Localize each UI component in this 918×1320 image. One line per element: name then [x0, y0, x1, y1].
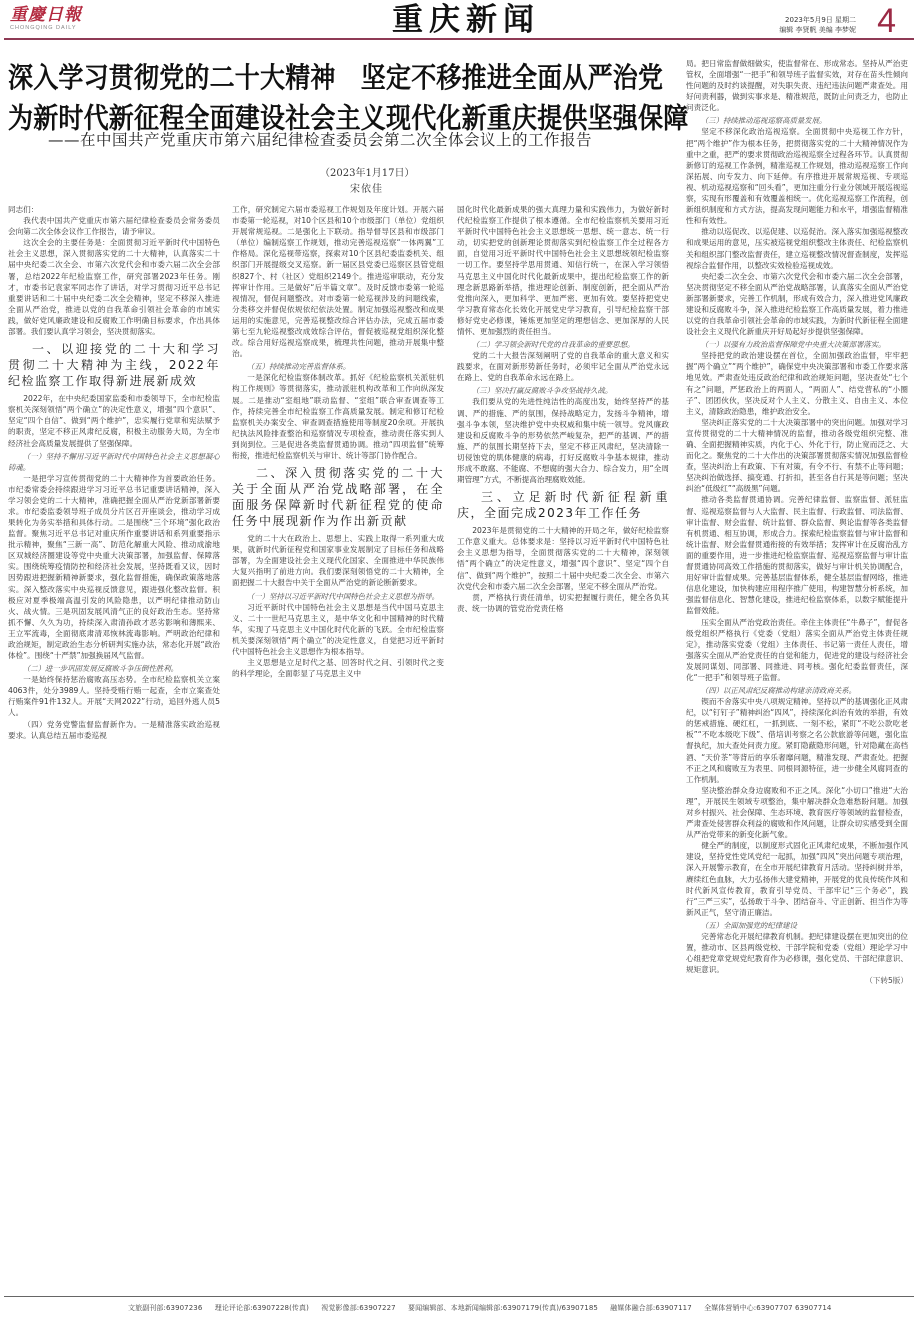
paragraph: 一是始终保持惩治腐败高压态势。全市纪检监察机关立案4063件，处分3989人。坚… [8, 674, 220, 718]
paragraph: 这次全会的主要任务是：全面贯彻习近平新时代中国特色社会主义思想，深入贯彻落实党的… [8, 237, 220, 337]
subsection-heading: （三）坚决打赢反腐败斗争攻坚战持久战。 [457, 385, 669, 396]
headline-line-1: 深入学习贯彻党的二十大精神 坚定不移推进全面从严治党 [8, 58, 696, 98]
paragraph: 压实全面从严治党政治责任。牵住主体责任“牛鼻子”，督促各级党组织严格执行《党委（… [686, 617, 908, 684]
column-1: 同志们： 我代表中国共产党重庆市第六届纪律检查委员会常务委员会向第二次全体会议作… [8, 204, 220, 1264]
column-2: 工作，研究制定六届市委巡视工作规划及年度计划。开展六届市委第一轮巡视，对10个区… [232, 204, 444, 1264]
paragraph: 一是深化纪检监察体制改革。抓好《纪检监察机关派驻机构工作规则》等贯彻落实，推动派… [232, 372, 444, 461]
logo-english: CHONGQING DAILY [10, 25, 82, 31]
masthead-rule [4, 38, 914, 40]
subsection-heading: （二）进一步巩固发展反腐败斗争压倒性胜利。 [8, 663, 220, 674]
paragraph: 坚决纠正落实党的二十大决策部署中的突出问题。加强对学习宣传贯彻党的二十大精神情况… [686, 417, 908, 495]
paragraph: 2022年，在中央纪委国家监委和市委领导下，全市纪检监察机关深刻领悟“两个确立”… [8, 393, 220, 448]
subsection-heading: （一）坚持以习近平新时代中国特色社会主义思想为指导。 [232, 591, 444, 602]
page-number: 4 [877, 4, 896, 38]
subsection-heading: （一）以强有力政治监督保障党中央重大决策部署落实。 [686, 339, 908, 350]
section-heading-1: 一、以迎接党的二十大和学习贯彻二十大精神为主线，2022年纪检监察工作取得新进展… [8, 341, 220, 389]
subsection-heading: （二）学习领会新时代党的自我革命的重要思想。 [457, 339, 669, 350]
paragraph: 国化时代化最新成果的强大真理力量和实践伟力，为做好新时代纪检监察工作提供了根本遵… [457, 204, 669, 337]
footer-contact: 要闻编辑部、本地新闻编辑部:63907179(传真)/63907185 [408, 1304, 598, 1312]
footer-contact: 全媒体营销中心:63907707 63907714 [704, 1304, 831, 1312]
paragraph: 坚决整治群众身边腐败和不正之风。深化“小切口”推进“大治理”，开展民生领域专项整… [686, 785, 908, 840]
column-3: 国化时代化最新成果的强大真理力量和实践伟力，为做好新时代纪检监察工作提供了根本遵… [457, 204, 669, 1264]
author: 宋依佳 [350, 180, 383, 195]
paragraph: 一是把学习宣传贯彻党的二十大精神作为首要政治任务。市纪委常委会持续跟进学习习近平… [8, 473, 220, 662]
continued-notice: （下转5版） [686, 975, 908, 986]
subsection-heading: （一）坚持不懈用习近平新时代中国特色社会主义思想凝心铸魂。 [8, 451, 220, 473]
newspaper-logo: 重慶日報 CHONGQING DAILY [10, 6, 82, 31]
masthead: 重慶日報 CHONGQING DAILY 重庆新闻 2023年5月9日 星期二 … [0, 0, 918, 40]
paragraph: 推动各类监督贯通协调。完善纪律监督、监察监督、派驻监督、巡视巡察监督与人大监督、… [686, 494, 908, 616]
paragraph: 党的二十大在政治上、思想上、实践上取得一系列重大成果，就新时代新征程党和国家事业… [232, 533, 444, 588]
issue-meta: 2023年5月9日 星期二 编辑 李贤帆 美编 李梦妮 [779, 15, 856, 35]
subsection-heading: （五）全面加强党的纪律建设 [686, 920, 908, 931]
subtitle: ——在中国共产党重庆市第六届纪律检查委员会第二次全体会议上的工作报告 [48, 128, 592, 150]
issue-date: 2023年5月9日 星期二 [779, 15, 856, 25]
footer-contact: 文旅副刊部:63907236 [128, 1304, 202, 1312]
paragraph: 健全严的制度，以制度形式固化正风肃纪成果，不断加强作风建设，坚持党性党风党纪一起… [686, 840, 908, 918]
section-heading-3: 三、立足新时代新征程新重庆，全面完成2023年工作任务 [457, 489, 669, 521]
paragraph: 主义思想是立足时代之基、回答时代之问、引领时代之变的科学理论，全面彰显了马克思主… [232, 657, 444, 679]
headline: 深入学习贯彻党的二十大精神 坚定不移推进全面从严治党 为新时代新征程全面建设社会… [8, 58, 696, 139]
paragraph: 推动以巡促改、以巡促建、以巡促治。深入落实加强巡视整改和成果运用的意见，压实被巡… [686, 226, 908, 270]
report-date: （2023年1月17日） [320, 164, 415, 179]
paragraph: 我们要从党的先进性纯洁性的高度出发，始终坚持严的基调、严的措施、严的氛围，保持战… [457, 396, 669, 485]
paragraph: 坚定不移深化政治巡视巡察。全面贯彻中央巡视工作方针，把“两个维护”作为根本任务，… [686, 126, 908, 226]
paragraph: 2023年是贯彻党的二十大精神的开局之年，做好纪检监察工作意义重大。总体要求是：… [457, 525, 669, 592]
paragraph: （四）党务党警监督监督新作为。一是精准落实政治巡视要求。认真总结五届市委巡视 [8, 719, 220, 741]
paragraph: 党的二十大报告深刻阐明了党的自我革命的重大意义和实践要求，在面对新形势新任务时，… [457, 350, 669, 383]
footer-contacts: 文旅副刊部:63907236 理论评论部:63907228(传真) 视觉影像部:… [128, 1303, 841, 1313]
subsection-heading: （四）以正风肃纪反腐推动构建亲清政商关系。 [686, 685, 908, 696]
paragraph: 完善常态化开展纪律教育机制。把纪律建设摆在更加突出的位置，推动市、区县两级党校、… [686, 931, 908, 975]
logo-chinese: 重慶日報 [10, 6, 82, 24]
subsection-heading: （五）持续推动完善监督体系。 [232, 361, 444, 372]
paragraph: 我代表中国共产党重庆市第六届纪律检查委员会常务委员会向第二次全体会议作工作报告，… [8, 215, 220, 237]
footer-contact: 视觉影像部:63907227 [321, 1304, 395, 1312]
editors: 编辑 李贤帆 美编 李梦妮 [779, 25, 856, 35]
subsection-heading: （三）持续推动巡视巡察高质量发展。 [686, 115, 908, 126]
paragraph: 坚持把党的政治建设摆在首位，全面加强政治监督，牢牢把握“两个确立”“两个维护”，… [686, 350, 908, 417]
paragraph: 贯，严格执行责任清单，切实把握履行责任，健全各负其责、统一协调的管党治党责任格 [457, 592, 669, 614]
paragraph: 锲而不舍落实中央八项规定精神。坚持以严的基调强化正风肃纪，以“钉钉子”精神纠治“… [686, 696, 908, 785]
column-4: 局。把日常监督做细做实，使监督常在、形成常态。坚持从严治吏管权，全面增强“一把手… [686, 58, 908, 1264]
footer-rule [4, 1296, 914, 1297]
paragraph: 局。把日常监督做细做实，使监督常在、形成常态。坚持从严治吏管权，全面增强“一把手… [686, 58, 908, 113]
footer-contact: 理论评论部:63907228(传真) [215, 1304, 309, 1312]
salutation: 同志们： [8, 204, 220, 215]
section-title: 重庆新闻 [392, 2, 540, 38]
section-heading-2: 二、深入贯彻落实党的二十大关于全面从严治党战略部署，在全面服务保障新时代新征程党… [232, 465, 444, 529]
paragraph: 工作，研究制定六届市委巡视工作规划及年度计划。开展六届市委第一轮巡视，对10个区… [232, 204, 444, 359]
paragraph: 习近平新时代中国特色社会主义思想是当代中国马克思主义、二十一世纪马克思主义，是中… [232, 602, 444, 657]
paragraph: 央纪委二次全会、市第六次党代会和市委六届二次全会部署，坚决贯彻坚定不移全面从严治… [686, 271, 908, 338]
footer-contact: 融媒体融合部:63907117 [610, 1304, 692, 1312]
